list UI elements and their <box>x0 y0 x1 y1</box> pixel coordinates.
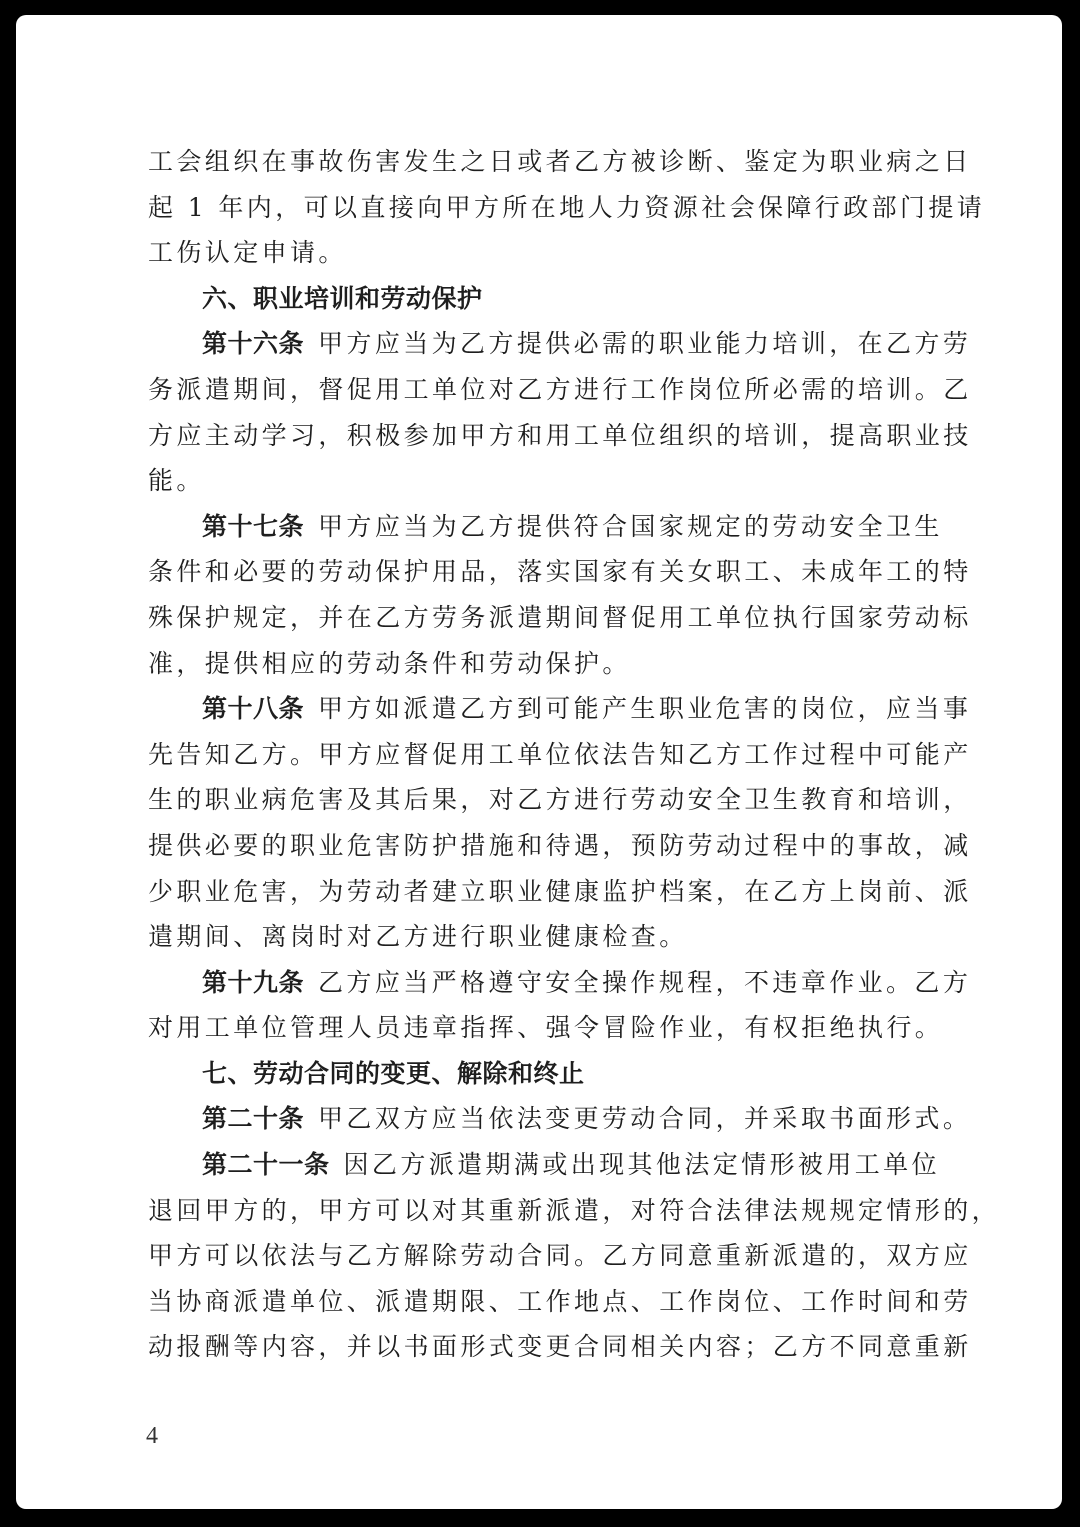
text-line: 当协商派遣单位、派遣期限、工作地点、工作岗位、工作时间和劳 <box>148 1279 968 1325</box>
article-first-line: 第十九条乙方应当严格遵守安全操作规程，不违章作业。乙方 <box>148 960 968 1006</box>
article-21: 第二十一条因乙方派遣期满或出现其他法定情形被用工单位 退回甲方的，甲方可以对其重… <box>148 1142 968 1370</box>
article-19: 第十九条乙方应当严格遵守安全操作规程，不违章作业。乙方 对用工单位管理人员违章指… <box>148 960 968 1051</box>
text-line: 少职业危害，为劳动者建立职业健康监护档案，在乙方上岗前、派 <box>148 869 968 915</box>
article-number: 第十八条 <box>202 694 304 723</box>
text-line: 条件和必要的劳动保护用品，落实国家有关女职工、未成年工的特 <box>148 549 968 595</box>
text-line: 殊保护规定，并在乙方劳务派遣期间督促用工单位执行国家劳动标 <box>148 595 968 641</box>
text-line: 工会组织在事故伤害发生之日或者乙方被诊断、鉴定为职业病之日 <box>148 139 968 185</box>
document-page: 工会组织在事故伤害发生之日或者乙方被诊断、鉴定为职业病之日 起 1 年内，可以直… <box>16 15 1062 1509</box>
article-18: 第十八条甲方如派遣乙方到可能产生职业危害的岗位，应当事 先告知乙方。甲方应督促用… <box>148 686 968 960</box>
text-line: 能。 <box>148 458 968 504</box>
section-heading-6: 六、职业培训和劳动保护 <box>148 276 968 322</box>
article-20: 第二十条甲乙双方应当依法变更劳动合同，并采取书面形式。 <box>148 1096 968 1142</box>
article-first-line: 第二十条甲乙双方应当依法变更劳动合同，并采取书面形式。 <box>148 1096 968 1142</box>
article-text: 甲方如派遣乙方到可能产生职业危害的岗位，应当事 <box>318 694 971 723</box>
text-line: 遣期间、离岗时对乙方进行职业健康检查。 <box>148 914 968 960</box>
text-line: 准，提供相应的劳动条件和劳动保护。 <box>148 641 968 687</box>
text-line: 提供必要的职业危害防护措施和待遇，预防劳动过程中的事故，减 <box>148 823 968 869</box>
article-number: 第十七条 <box>202 512 304 541</box>
text-line: 甲方可以依法与乙方解除劳动合同。乙方同意重新派遣的，双方应 <box>148 1233 968 1279</box>
article-number: 第二十一条 <box>202 1150 330 1179</box>
article-text: 甲乙双方应当依法变更劳动合同，并采取书面形式。 <box>318 1104 971 1133</box>
section-heading-7: 七、劳动合同的变更、解除和终止 <box>148 1051 968 1097</box>
article-text: 甲方应当为乙方提供必需的职业能力培训，在乙方劳 <box>318 329 971 358</box>
article-first-line: 第二十一条因乙方派遣期满或出现其他法定情形被用工单位 <box>148 1142 968 1188</box>
article-text: 甲方应当为乙方提供符合国家规定的劳动安全卫生 <box>318 512 943 541</box>
text-line: 先告知乙方。甲方应督促用工单位依法告知乙方工作过程中可能产 <box>148 732 968 778</box>
text-line: 务派遣期间，督促用工单位对乙方进行工作岗位所必需的培训。乙 <box>148 367 968 413</box>
article-first-line: 第十八条甲方如派遣乙方到可能产生职业危害的岗位，应当事 <box>148 686 968 732</box>
text-line: 工伤认定申请。 <box>148 230 968 276</box>
text-line: 对用工单位管理人员违章指挥、强令冒险作业，有权拒绝执行。 <box>148 1005 968 1051</box>
article-number: 第十九条 <box>202 968 304 997</box>
article-number: 第十六条 <box>202 329 304 358</box>
article-text: 因乙方派遣期满或出现其他法定情形被用工单位 <box>344 1150 940 1179</box>
article-first-line: 第十七条甲方应当为乙方提供符合国家规定的劳动安全卫生 <box>148 504 968 550</box>
text-line: 退回甲方的，甲方可以对其重新派遣，对符合法律法规规定情形的， <box>148 1188 968 1234</box>
article-number: 第二十条 <box>202 1104 304 1133</box>
article-16: 第十六条甲方应当为乙方提供必需的职业能力培训，在乙方劳 务派遣期间，督促用工单位… <box>148 321 968 503</box>
text-line: 方应主动学习，积极参加甲方和用工单位组织的培训，提高职业技 <box>148 413 968 459</box>
document-body: 工会组织在事故伤害发生之日或者乙方被诊断、鉴定为职业病之日 起 1 年内，可以直… <box>148 139 968 1370</box>
text-line: 生的职业病危害及其后果，对乙方进行劳动安全卫生教育和培训， <box>148 777 968 823</box>
article-first-line: 第十六条甲方应当为乙方提供必需的职业能力培训，在乙方劳 <box>148 321 968 367</box>
article-17: 第十七条甲方应当为乙方提供符合国家规定的劳动安全卫生 条件和必要的劳动保护用品，… <box>148 504 968 686</box>
text-line: 起 1 年内，可以直接向甲方所在地人力资源社会保障行政部门提请 <box>148 185 968 231</box>
page-number: 4 <box>146 1423 158 1450</box>
article-text: 乙方应当严格遵守安全操作规程，不违章作业。乙方 <box>318 968 971 997</box>
text-line: 动报酬等内容，并以书面形式变更合同相关内容；乙方不同意重新 <box>148 1324 968 1370</box>
